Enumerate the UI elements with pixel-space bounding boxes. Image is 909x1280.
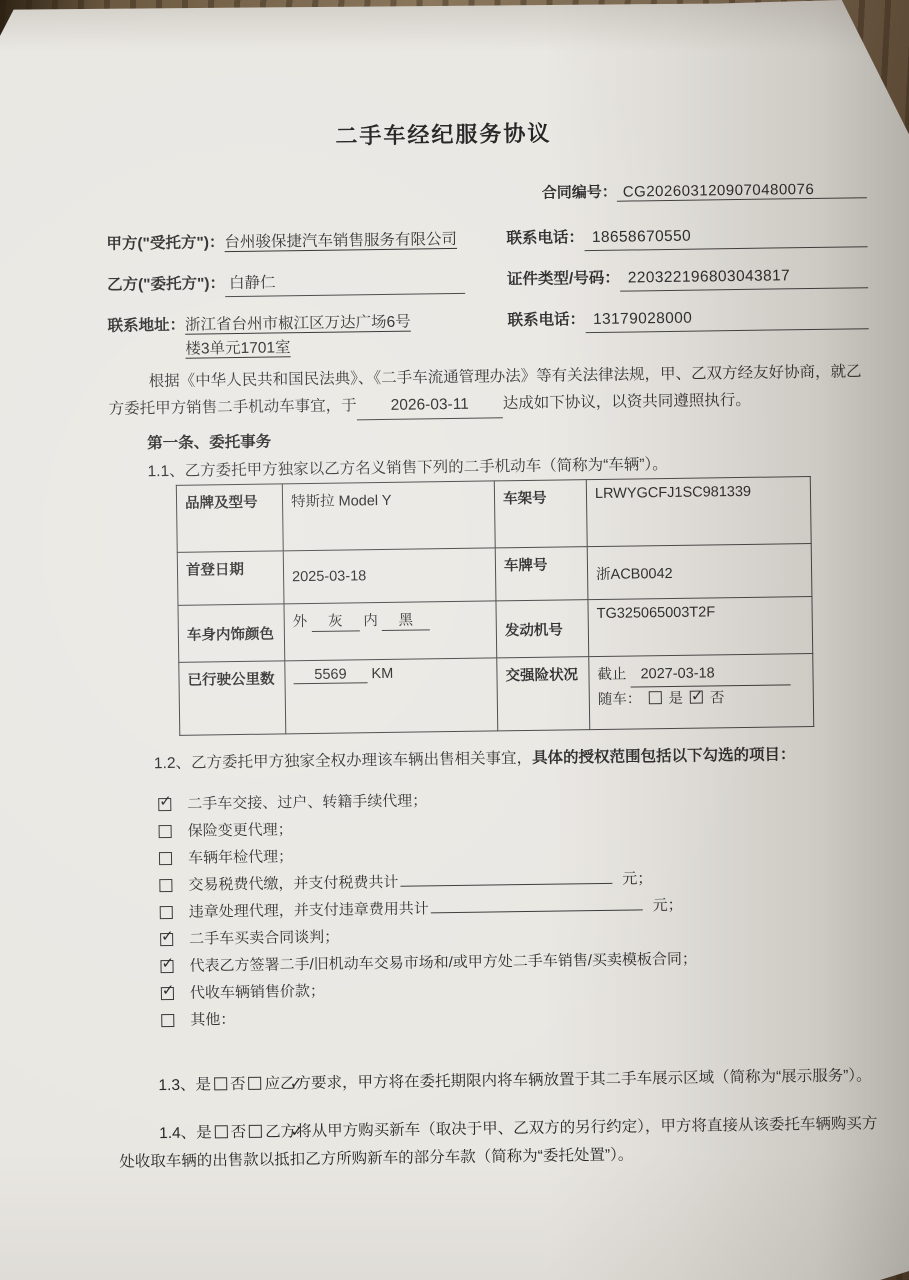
checklist-item-label: 其他： [190, 1008, 235, 1030]
document-page: 二手车经纪服务协议 合同编号： CG2026031209070480076 甲方… [0, 0, 909, 1280]
clause-1-3-yes-label: 1.3、是 [158, 1076, 211, 1094]
checklist-item-pre: 交易税费代缴，并支付税费共计 [188, 873, 398, 893]
contract-sheet: 二手车经纪服务协议 合同编号： CG2026031209070480076 甲方… [0, 0, 909, 1223]
checklist-item-post: 元； [653, 896, 683, 913]
color-interior-label: 内 [363, 613, 378, 629]
contract-number-label: 合同编号： [542, 181, 617, 203]
clause-1-4-no-label: 否 [231, 1123, 247, 1140]
agreement-date: 2026-03-11 [357, 390, 504, 420]
amount-blank-line [400, 869, 612, 886]
amount-blank-line [431, 896, 643, 913]
newcar-no-checkbox-icon [249, 1124, 262, 1137]
insurance-until-date: 2027-03-18 [630, 660, 790, 687]
checklist-item-label: 车辆年检代理； [188, 845, 293, 867]
mileage-unit: KM [371, 666, 393, 682]
vin-label-cell: 车架号 [494, 480, 587, 548]
color-exterior-label: 外 [293, 614, 308, 630]
party-a-label: 甲方("受托方")： [106, 231, 224, 257]
with-car-yes-label: 是 [668, 691, 683, 707]
checkbox-icon [160, 959, 173, 972]
checkbox-icon [159, 824, 172, 837]
document-title: 二手车经纪服务协议 [63, 113, 824, 155]
vehicle-info-table: 品牌及型号 特斯拉 Model Y 车架号 LRWYGCFJ1SC981339 … [176, 476, 814, 736]
party-b-name: 白静仁 [225, 269, 465, 297]
party-a-row: 甲方("受托方")： 台州骏保捷汽车销售服务有限公司 联系电话： 1865867… [106, 222, 867, 258]
checkbox-icon [159, 851, 172, 864]
checkbox-icon [159, 878, 172, 891]
checkbox-icon [161, 986, 174, 999]
party-a-phone-label: 联系电话： [506, 226, 584, 251]
clause-1-2: 1.2、乙方委托甲方独家全权办理该车辆出售相关事宜，具体的授权范围包括以下勾选的… [114, 740, 875, 778]
clause-1-2-text: 1.2、乙方委托甲方独家全权办理该车辆出售相关事宜， [154, 750, 532, 772]
party-b-id-label: 证件类型/号码： [507, 267, 620, 293]
insurance-label-cell: 交强险状况 [497, 657, 590, 731]
address-label: 联系地址： [107, 314, 185, 339]
insurance-until-label: 截止 [597, 667, 626, 683]
plate-label-cell: 车牌号 [495, 547, 588, 601]
address-value: 浙江省台州市椒江区万达广场6号楼3单元1701室 [185, 310, 426, 361]
display-no-checkbox-icon [248, 1076, 261, 1089]
engine-label-cell: 发动机号 [496, 600, 589, 658]
checklist-item-label: 二手车交接、过户、转籍手续代理； [187, 789, 427, 813]
intro-text-post: 达成如下协议，以资共同遵照执行。 [503, 392, 751, 412]
checklist-item-pre: 违章处理代理，并支付违章费用共计 [189, 900, 429, 920]
checkbox-icon [158, 797, 171, 810]
clause-1-3-text: 应乙方要求，甲方将在委托期限内将车辆放置于其二手车展示区域（简称为“展示服务”）… [264, 1067, 871, 1092]
insurance-value-cell: 截止 2027-03-18 随车： 是 否 [589, 654, 814, 730]
display-yes-checkbox-icon [214, 1077, 227, 1090]
party-a-phone-value: 18658670550 [584, 222, 868, 251]
clause-1-4: 1.4、是否乙方将从甲方购买新车（取决于甲、乙双方的另行约定），甲方将直接从该委… [119, 1110, 881, 1177]
with-car-no-checkbox-icon [690, 691, 703, 704]
checklist-item-label: 保险变更代理； [187, 818, 292, 840]
table-row: 首登日期 2025-03-18 车牌号 浙ACB0042 [177, 544, 812, 606]
checklist-item-post: 元； [622, 870, 652, 887]
plate-value-cell: 浙ACB0042 [587, 544, 812, 600]
brand-value-cell: 特斯拉 Model Y [282, 481, 495, 551]
mileage-value-cell: 5569 KM [285, 658, 498, 734]
party-b-label: 乙方("委托方")： [107, 272, 225, 298]
with-car-yes-checkbox-icon [648, 691, 661, 704]
table-row: 品牌及型号 特斯拉 Model Y 车架号 LRWYGCFJ1SC981339 [176, 477, 811, 553]
checkbox-icon [160, 905, 173, 918]
with-car-label: 随车： [598, 691, 642, 708]
address-phone-value: 13179028000 [585, 304, 869, 333]
color-value-cell: 外 灰 内 黑 [284, 601, 497, 661]
first-reg-label-cell: 首登日期 [177, 551, 284, 605]
clause-1-2-bold-text: 具体的授权范围包括以下勾选的项目： [532, 746, 796, 767]
checkbox-icon [160, 932, 173, 945]
clause-1-4-yes-label: 1.4、是 [159, 1124, 212, 1142]
brand-label-cell: 品牌及型号 [176, 484, 283, 552]
table-row: 已行驶公里数 5569 KM 交强险状况 截止 2027-03-18 随车： 是 [179, 654, 814, 736]
clause-1-3-no-label: 否 [230, 1075, 246, 1092]
newcar-yes-checkbox-icon [215, 1125, 228, 1138]
checklist-item-label: 二手车买卖合同谈判； [189, 925, 339, 948]
intro-paragraph: 根据《中华人民共和国民法典》、《二手车流通管理办法》等有关法律法规，甲、乙双方经… [108, 358, 870, 424]
party-b-row: 乙方("委托方")： 白静仁 证件类型/号码： 2203221968030438… [107, 263, 868, 299]
address-row: 联系地址： 浙江省台州市椒江区万达广场6号楼3单元1701室 联系电话： 131… [107, 304, 869, 363]
vin-value-cell: LRWYGCFJ1SC981339 [586, 477, 811, 547]
clause-1-3: 1.3、是否应乙方要求，甲方将在委托期限内将车辆放置于其二手车展示区域（简称为“… [118, 1062, 879, 1101]
engine-value-cell: TG325065003T2F [588, 597, 813, 657]
checklist-item-label: 代收车辆销售价款； [190, 979, 325, 1002]
first-reg-value-cell: 2025-03-18 [283, 548, 496, 604]
party-a-name: 台州骏保捷汽车销售服务有限公司 [224, 228, 464, 255]
section-1-heading: 第一条、委托事务 [109, 421, 870, 454]
party-b-id-value: 220322196803043817 [620, 263, 869, 291]
color-exterior-value: 灰 [311, 609, 359, 632]
mileage-value: 5569 [293, 666, 367, 684]
address-phone-label: 联系电话： [507, 308, 585, 333]
contract-number-value: CG2026031209070480076 [617, 180, 867, 201]
table-row: 车身内饰颜色 外 灰 内 黑 发动机号 TG325065003T2F [178, 597, 813, 663]
checkbox-icon [161, 1013, 174, 1026]
mileage-label-cell: 已行驶公里数 [179, 661, 286, 735]
with-car-no-label: 否 [710, 690, 725, 706]
color-label-cell: 车身内饰颜色 [178, 604, 285, 662]
authorization-checklist: 二手车交接、过户、转籍手续代理； 保险变更代理； 车辆年检代理； 交易税费代缴，… [114, 783, 878, 1037]
contract-number-row: 合同编号： CG2026031209070480076 [106, 177, 867, 209]
color-interior-value: 黑 [382, 608, 430, 631]
